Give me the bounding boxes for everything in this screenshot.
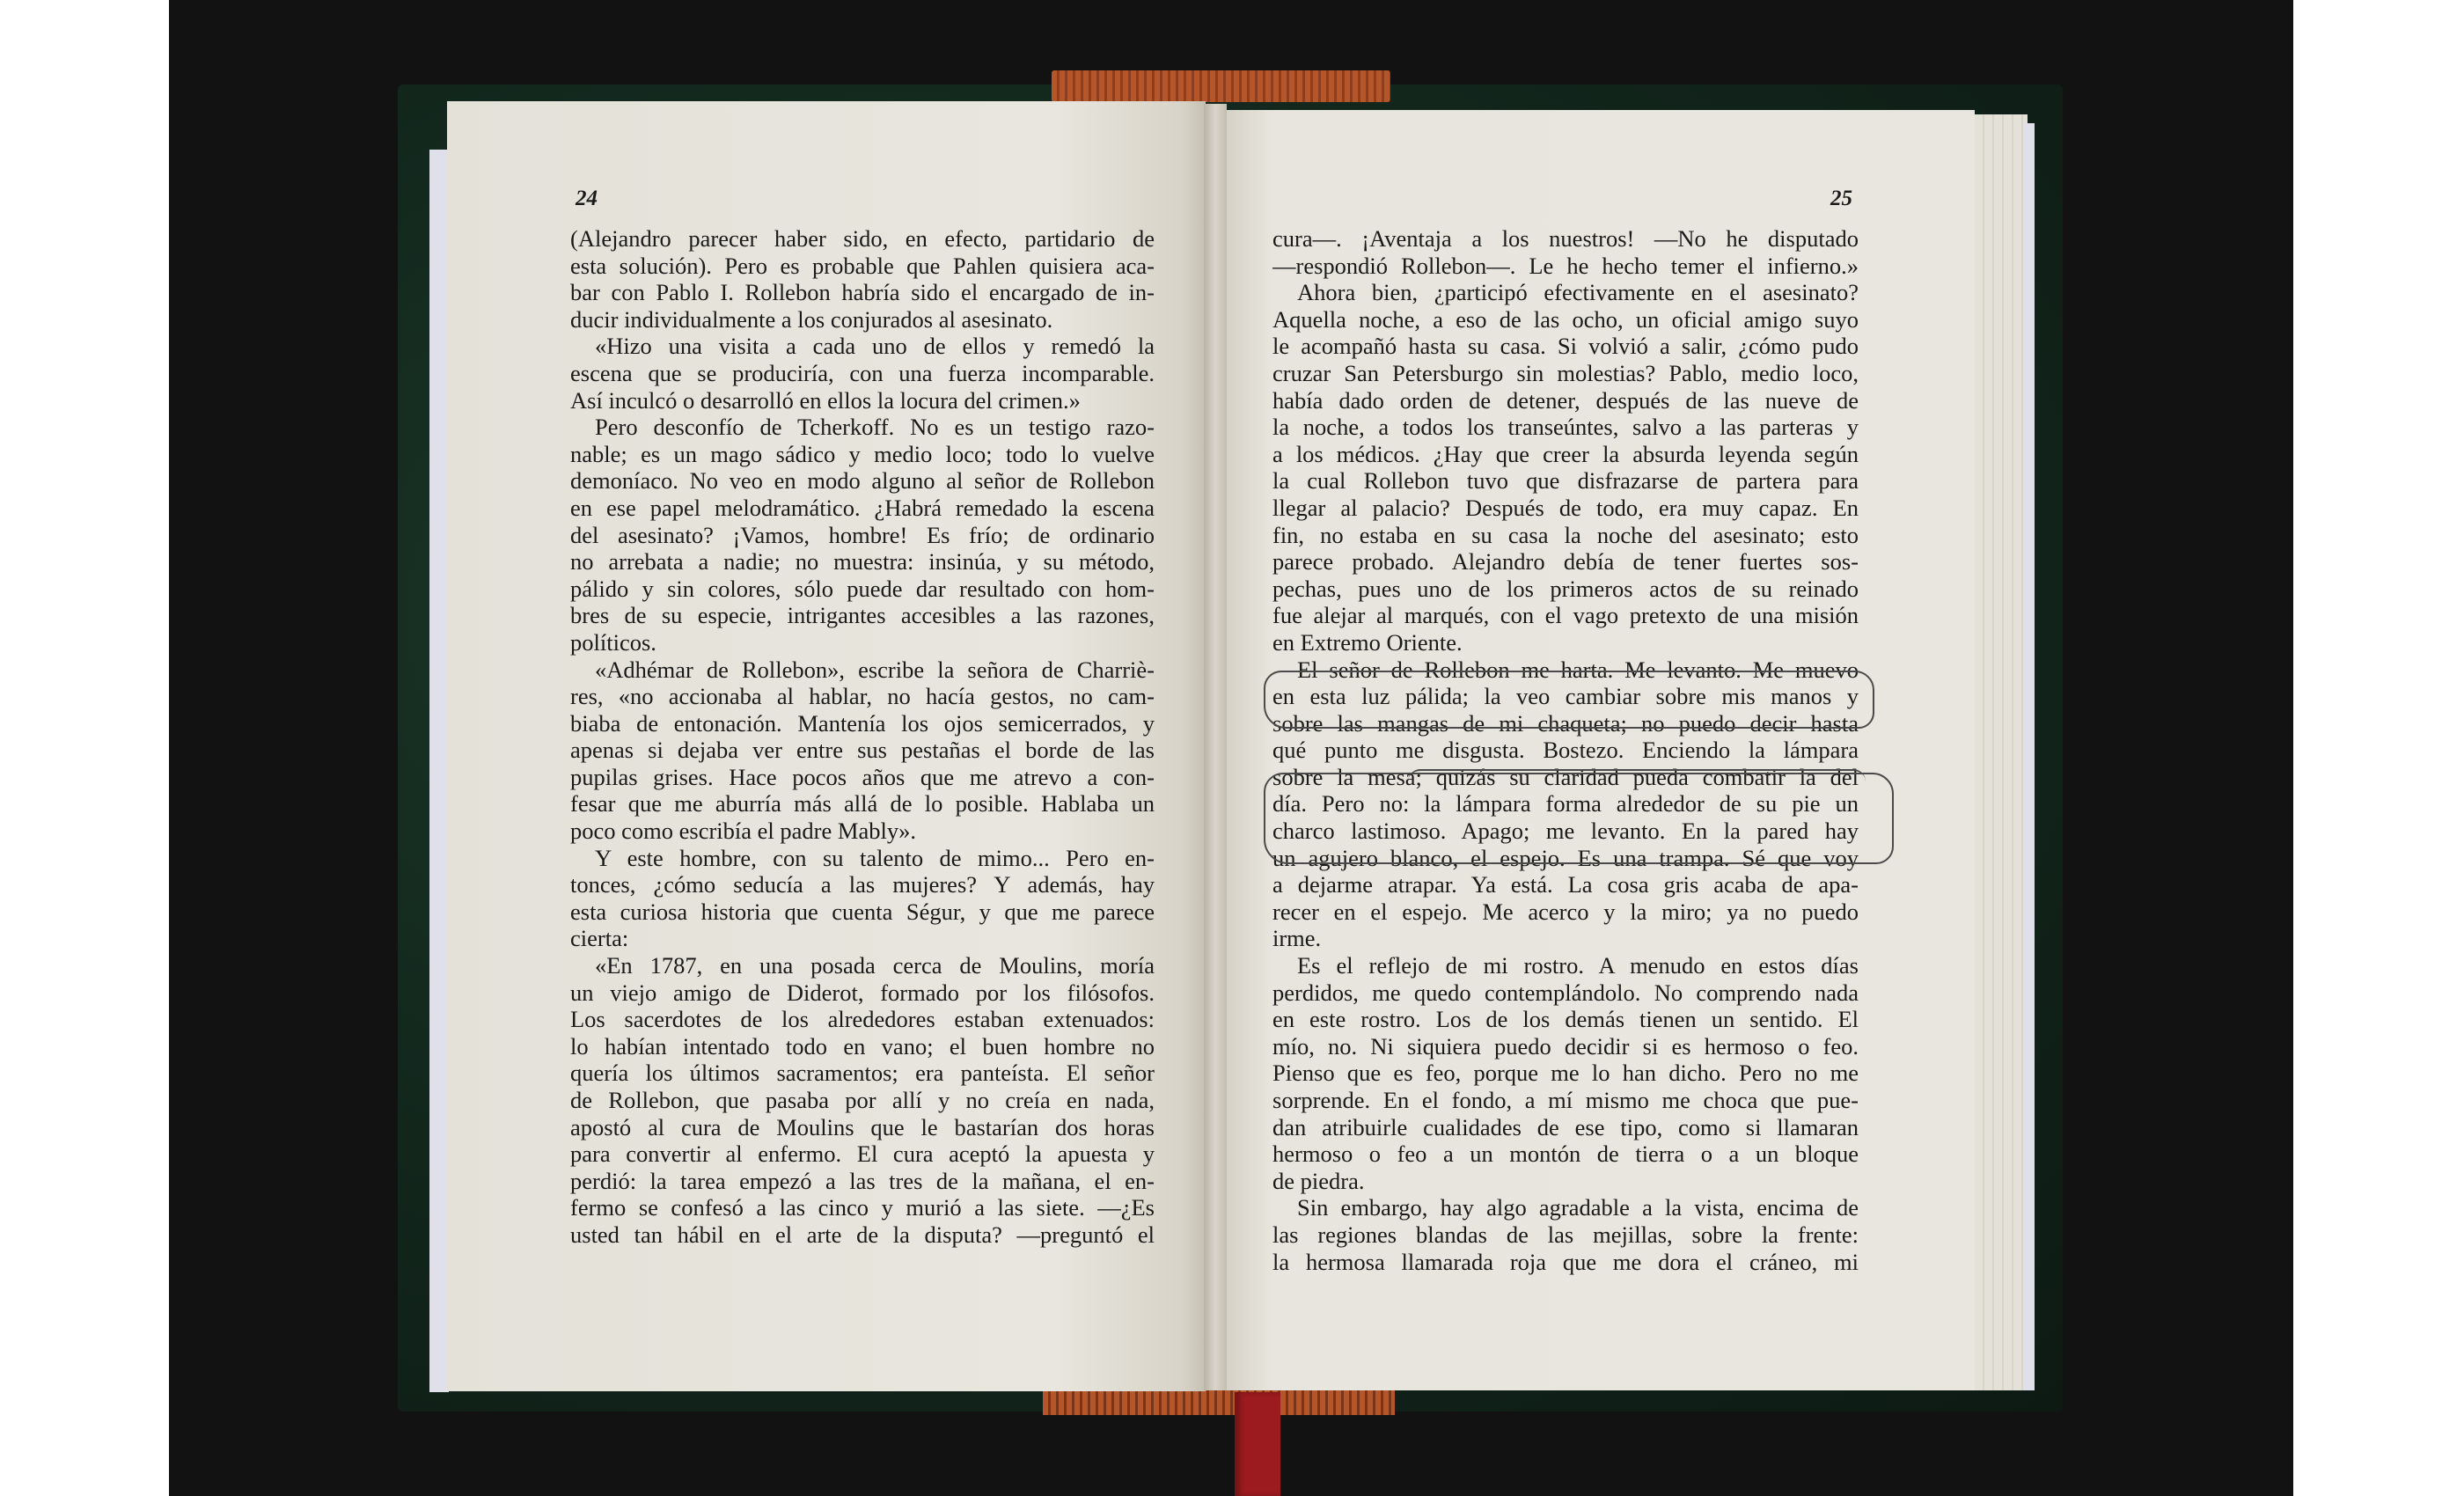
text-line: irme. xyxy=(1272,925,1859,952)
text-line: «Hizo una visita a cada uno de ellos y r… xyxy=(570,333,1155,360)
text-line: tonces, ¿cómo seducía a las mujeres? Y a… xyxy=(570,871,1155,898)
text-line: en Extremo Oriente. xyxy=(1272,629,1859,656)
page-number-left: 24 xyxy=(576,187,598,211)
text-line: en este rostro. Los de los demás tienen … xyxy=(1272,1006,1859,1033)
text-line: Ahora bien, ¿participó efectivamente en … xyxy=(1272,279,1859,306)
text-line: le acompañó hasta su casa. Si volvió a s… xyxy=(1272,333,1859,360)
text-line: bres de su especie, intrigantes accesibl… xyxy=(570,602,1155,629)
text-line: sobre la mesa; quizás su claridad pueda … xyxy=(1272,764,1859,791)
text-line: fin, no estaba en su casa la noche del a… xyxy=(1272,522,1859,549)
headband-top xyxy=(1052,70,1390,102)
text-line: usted tan hábil en el arte de la disputa… xyxy=(570,1221,1155,1249)
text-line: escena que se produciría, con una fuerza… xyxy=(570,360,1155,387)
text-line: pupilas grises. Hace pocos años que me a… xyxy=(570,764,1155,791)
text-line: fesar que me aburría más allá de lo posi… xyxy=(570,790,1155,818)
text-line: del asesinato? ¡Vamos, hombre! Es frío; … xyxy=(570,522,1155,549)
text-line: Aquella noche, a eso de las ocho, un ofi… xyxy=(1272,306,1859,334)
text-line: fue alejar al marqués, con el vago prete… xyxy=(1272,602,1859,629)
text-line: charco lastimoso. Apago; me levanto. En … xyxy=(1272,818,1859,845)
book-gutter xyxy=(1204,104,1227,1390)
text-line: la cual Rollebon tuvo que disfrazarse de… xyxy=(1272,467,1859,495)
text-line: día. Pero no: la lámpara forma alrededor… xyxy=(1272,790,1859,818)
page-number-right: 25 xyxy=(1830,187,1852,211)
text-line: pálido y sin colores, sólo puede dar res… xyxy=(570,576,1155,603)
text-line: no arrebata a nadie; no muestra: insinúa… xyxy=(570,548,1155,576)
text-line: de piedra. xyxy=(1272,1168,1859,1195)
text-line: quería los últimos sacramentos; era pant… xyxy=(570,1060,1155,1087)
text-line: había dado orden de detener, después de … xyxy=(1272,387,1859,414)
text-line: El señor de Rollebon me harta. Me levant… xyxy=(1272,656,1859,684)
text-line: pechas, pues uno de los primeros actos d… xyxy=(1272,576,1859,603)
bookmark-ribbon[interactable] xyxy=(1235,1392,1280,1496)
text-line: «Adhémar de Rollebon», escribe la señora… xyxy=(570,656,1155,684)
text-line: en esta luz pálida; la veo cambiar sobre… xyxy=(1272,683,1859,710)
text-line: Es el reflejo de mi rostro. A menudo en … xyxy=(1272,952,1859,979)
text-line: la hermosa llamarada roja que me dora el… xyxy=(1272,1249,1859,1276)
text-line: bar con Pablo I. Rollebon habría sido el… xyxy=(570,279,1155,306)
text-line: un agujero blanco, el espejo. Es una tra… xyxy=(1272,845,1859,872)
text-line: fermo se confesó a las cinco y murió a l… xyxy=(570,1194,1155,1221)
text-line: lo habían intentado todo en vano; el bue… xyxy=(570,1033,1155,1060)
text-line: apenas si dejaba ver entre sus pestañas … xyxy=(570,737,1155,764)
text-line: nable; es un mago sádico y medio loco; t… xyxy=(570,441,1155,468)
text-line: hermoso o feo a un montón de tierra o a … xyxy=(1272,1140,1859,1168)
text-line: «En 1787, en una posada cerca de Moulins… xyxy=(570,952,1155,979)
text-line: esta solución). Pero es probable que Pah… xyxy=(570,253,1155,280)
text-line: cura—. ¡Aventaja a los nuestros! —No he … xyxy=(1272,225,1859,253)
text-line: Pienso que es feo, porque me lo han dich… xyxy=(1272,1060,1859,1087)
headband-bottom xyxy=(1043,1389,1395,1415)
page-edge-right xyxy=(2024,123,2035,1390)
text-line: —respondió Rollebon—. Le he hecho temer … xyxy=(1272,253,1859,280)
text-line: esta curiosa historia que cuenta Ségur, … xyxy=(570,898,1155,926)
text-line: recer en el espejo. Me acerco y la miro;… xyxy=(1272,898,1859,926)
text-line: políticos. xyxy=(570,629,1155,656)
text-line: qué punto me disgusta. Bostezo. Enciendo… xyxy=(1272,737,1859,764)
text-line: Los sacerdotes de los alrededores estaba… xyxy=(570,1006,1155,1033)
text-line: a dejarme atrapar. Ya está. La cosa gris… xyxy=(1272,871,1859,898)
text-line: mío, no. Ni siquiera puedo decidir si es… xyxy=(1272,1033,1859,1060)
text-line: cruzar San Petersburgo sin molestias? Pa… xyxy=(1272,360,1859,387)
text-line: las regiones blandas de las mejillas, so… xyxy=(1272,1221,1859,1249)
page-stack-right xyxy=(1975,114,2028,1390)
text-line: perdidos, me quedo contemplándolo. No co… xyxy=(1272,979,1859,1007)
text-line: ducir individualmente a los conjurados a… xyxy=(570,306,1155,334)
text-line: de Rollebon, que pasaba por allí y no cr… xyxy=(570,1087,1155,1114)
text-line: demoníaco. No veo en modo alguno al seño… xyxy=(570,467,1155,495)
text-line: perdió: la tarea empezó a las tres de la… xyxy=(570,1168,1155,1195)
text-line: para convertir al enfermo. El cura acept… xyxy=(570,1140,1155,1168)
text-line: llegar al palacio? Después de todo, era … xyxy=(1272,495,1859,522)
text-line: Pero desconfío de Tcherkoff. No es un te… xyxy=(570,414,1155,441)
text-line: apostó al cura de Moulins que le bastarí… xyxy=(570,1114,1155,1141)
text-line: cierta: xyxy=(570,925,1155,952)
text-line: Así inculcó o desarrolló en ellos la loc… xyxy=(570,387,1155,414)
text-line: (Alejandro parecer haber sido, en efecto… xyxy=(570,225,1155,253)
text-line: en ese papel melodramático. ¿Habrá remed… xyxy=(570,495,1155,522)
right-page-text: cura—. ¡Aventaja a los nuestros! —No he … xyxy=(1272,225,1859,1275)
text-line: poco como escribía el padre Mably». xyxy=(570,818,1155,845)
text-line: sobre las mangas de mi chaqueta; no pued… xyxy=(1272,710,1859,737)
text-line: a los médicos. ¿Hay que creer la absurda… xyxy=(1272,441,1859,468)
text-line: la noche, a todos los transeúntes, salvo… xyxy=(1272,414,1859,441)
text-line: biaba de entonación. Mantenía los ojos s… xyxy=(570,710,1155,737)
text-line: dan atribuirle cualidades de ese tipo, c… xyxy=(1272,1114,1859,1141)
text-line: Sin embargo, hay algo agradable a la vis… xyxy=(1272,1194,1859,1221)
page-edge-left xyxy=(429,150,449,1392)
text-line: res, «no accionaba al hablar, no hacía g… xyxy=(570,683,1155,710)
text-line: un viejo amigo de Diderot, formado por l… xyxy=(570,979,1155,1007)
text-line: Y este hombre, con su talento de mimo...… xyxy=(570,845,1155,872)
text-line: parece probado. Alejandro debía de tener… xyxy=(1272,548,1859,576)
left-page-text: (Alejandro parecer haber sido, en efecto… xyxy=(570,225,1155,1249)
text-line: sorprende. En el fondo, a mí mismo me ch… xyxy=(1272,1087,1859,1114)
